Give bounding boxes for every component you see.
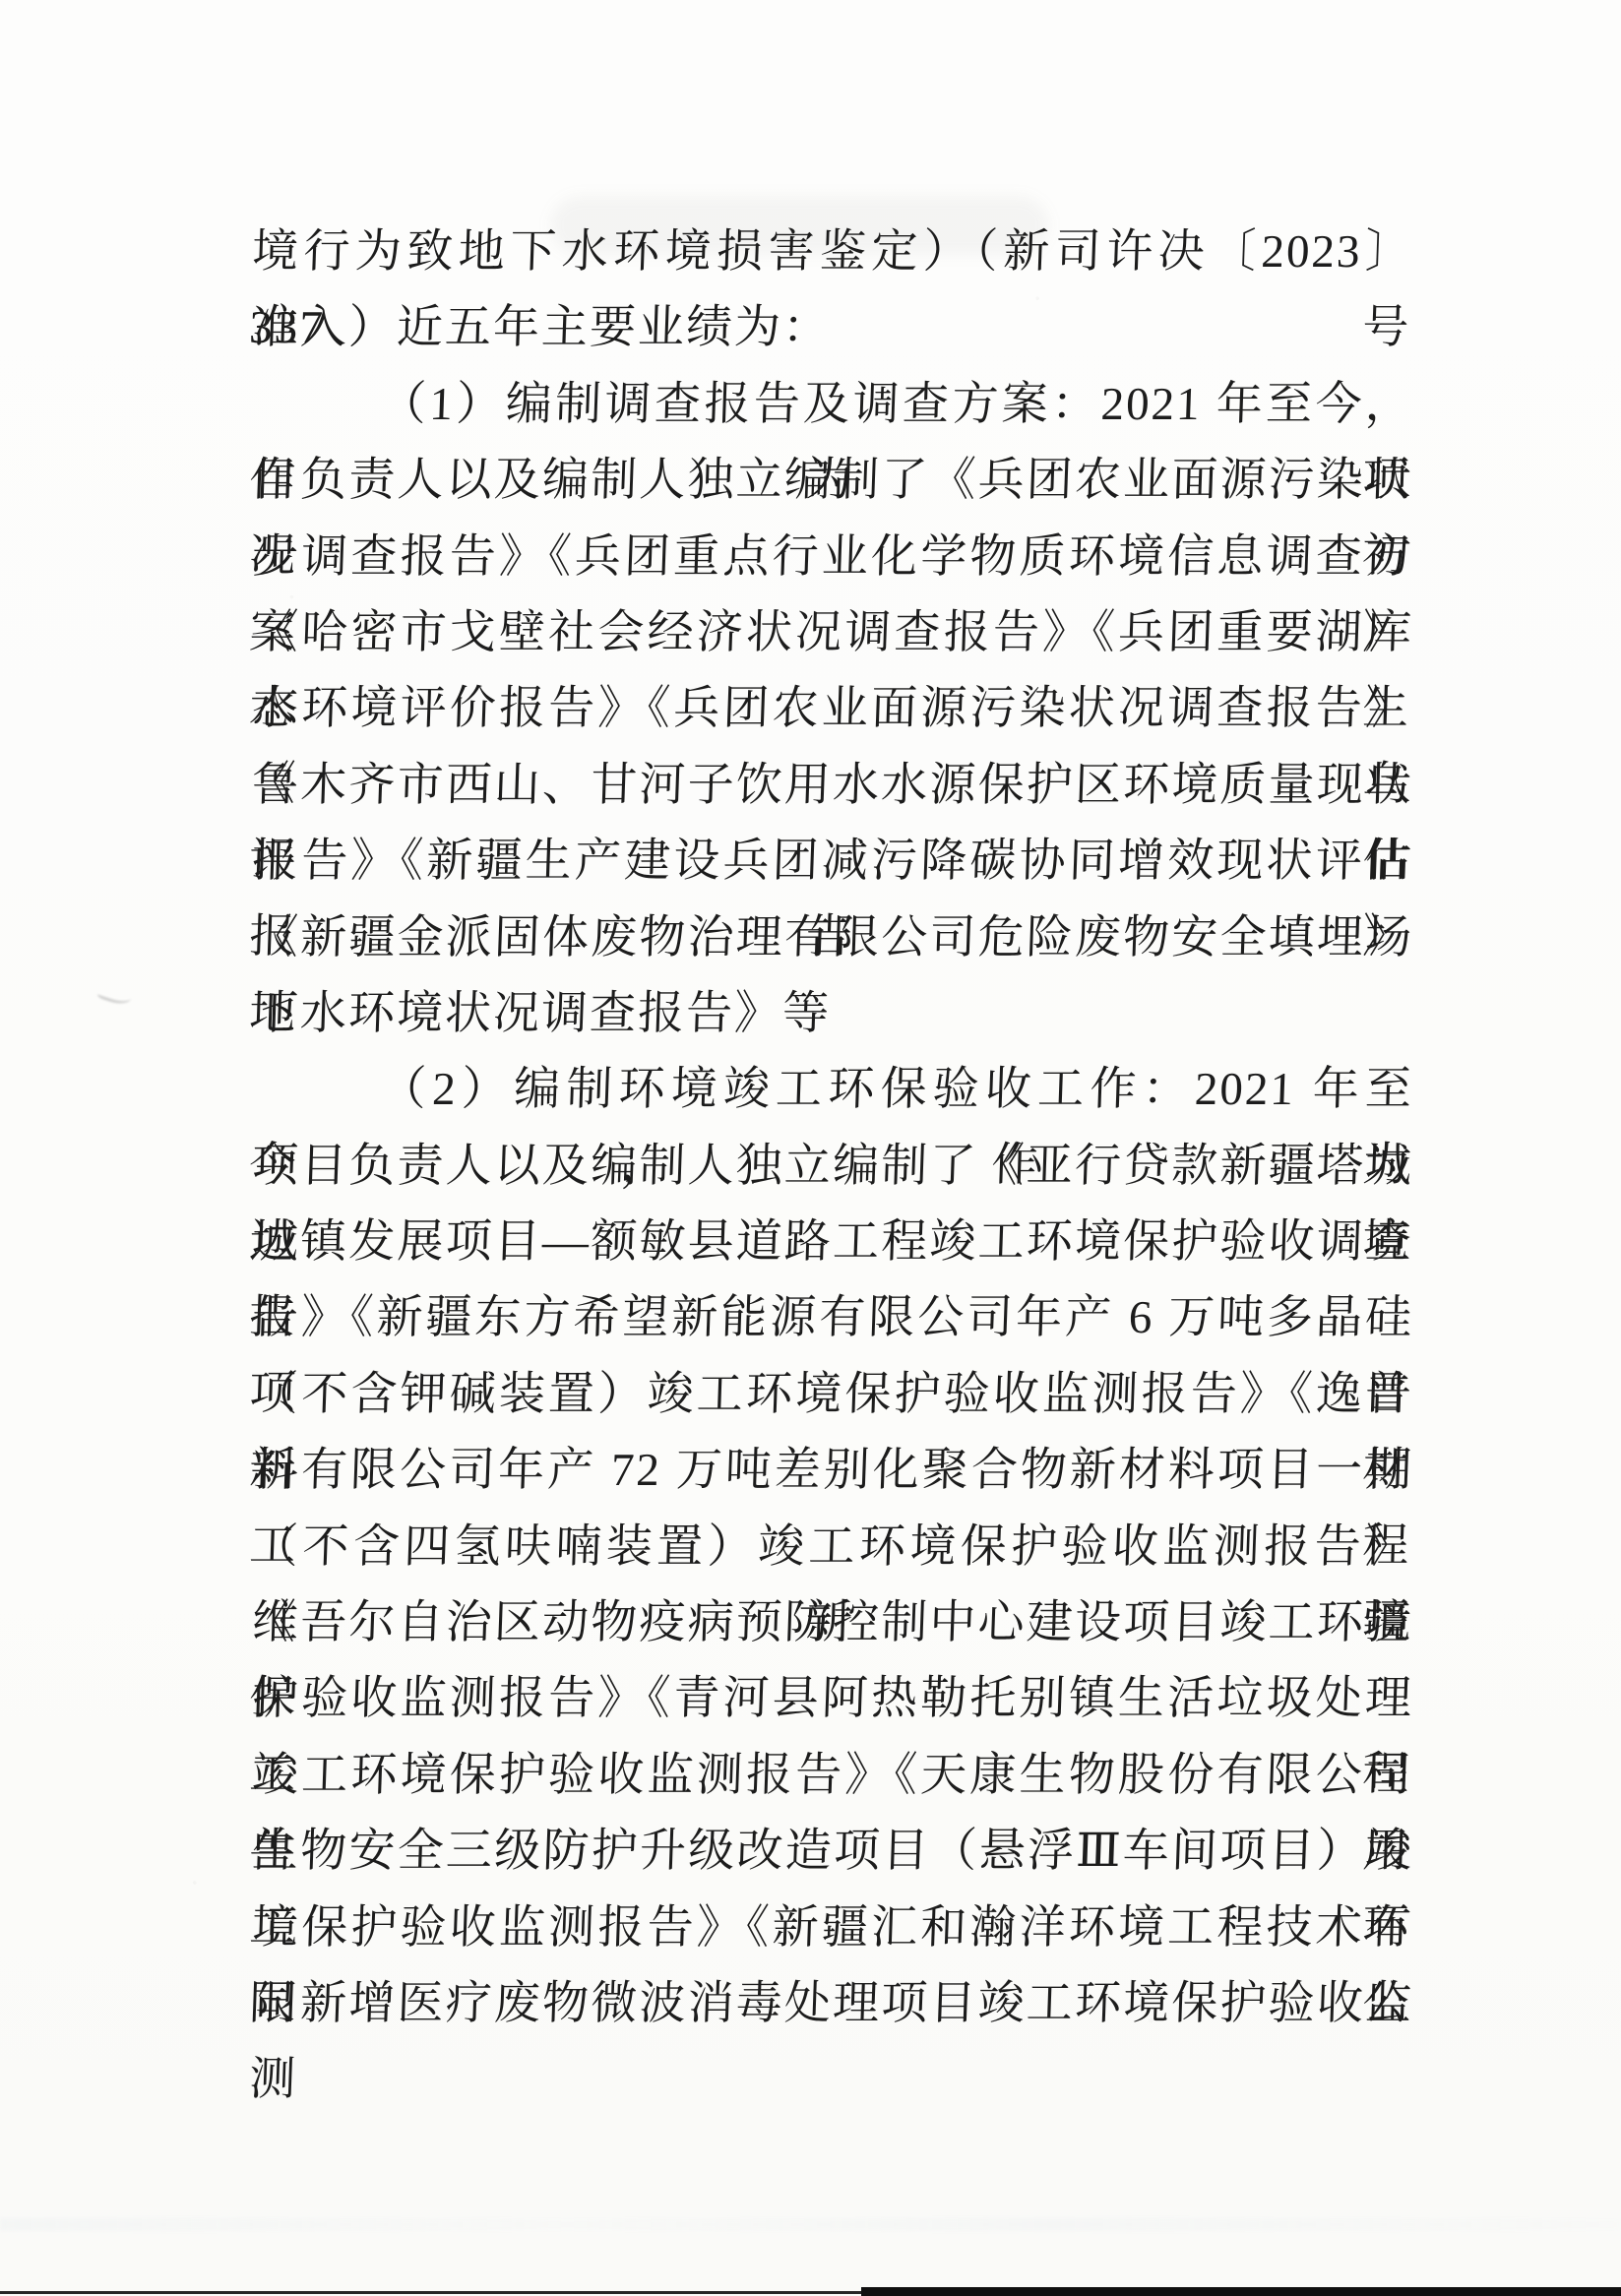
text-line: 护验收监测报告》《青河县阿热勒托别镇生活垃圾处理工程	[251, 1661, 1415, 1737]
bottom-thick-bar	[861, 2287, 1621, 2296]
scanner-streak	[0, 2218, 1621, 2231]
text-line: 告》《新疆东方希望新能源有限公司年产 6 万吨多晶硅项目	[251, 1280, 1415, 1356]
text-line: 鲁木齐市西山、甘河子饮用水水源保护区环境质量现状评估	[251, 748, 1415, 824]
text-line: 境保护验收监测报告》《新疆汇和瀚洋环境工程技术有限公	[251, 1891, 1415, 1966]
bottom-thin-rule	[0, 2291, 864, 2294]
text-line: 司新增医疗废物微波消毒处理项目竣工环境保护验收监测	[251, 1966, 1415, 2042]
text-line: 项目负责人以及编制人独立编制了《亚行贷款新疆塔城边境	[251, 1129, 1415, 1205]
text-line: （不含四氢呋喃装置）竣工环境保护验收监测报告》《新疆	[251, 1510, 1415, 1585]
text-line: 《新疆金派固体废物治理有限公司危险废物安全填埋场地	[251, 900, 1415, 976]
text-line: （不含钾碱装置）竣工环境保护验收监测报告》《逸普新材	[251, 1357, 1415, 1433]
text-line: 目负责人以及编制人独立编制了《兵团农业面源污染状况初	[251, 443, 1415, 519]
scan-margin-mark	[96, 981, 134, 1008]
text-line: 准入）近五年主要业绩为：	[251, 290, 1415, 366]
text-line: （2）编制环境竣工环保验收工作：2021 年至今，作为	[251, 1052, 1415, 1128]
text-line: 城镇发展项目—额敏县道路工程竣工环境保护验收调查报	[251, 1205, 1415, 1280]
text-line: 《哈密市戈壁社会经济状况调查报告》《兵团重要湖库水生	[251, 595, 1415, 671]
text-line: 步调查报告》《兵团重点行业化学物质环境信息调查方案》	[251, 520, 1415, 595]
document-text-block: 境行为致地下水环境损害鉴定）（新司许决〔2023〕337 号准入）近五年主要业绩…	[252, 215, 1413, 2042]
text-line: 报告》《新疆生产建设兵团减污降碳协同增效现状评估报告》	[251, 824, 1415, 900]
text-line: 维吾尔自治区动物疫病预防控制中心建设项目竣工环境保	[251, 1585, 1415, 1661]
text-line: 竣工环境保护验收监测报告》《天康生物股份有限公司兽用	[251, 1738, 1415, 1814]
scanned-document-page: 境行为致地下水环境损害鉴定）（新司许决〔2023〕337 号准入）近五年主要业绩…	[0, 0, 1621, 2296]
text-line: 生物安全三级防护升级改造项目（悬浮Ⅲ车间项目）竣工环	[251, 1814, 1415, 1890]
text-line: 料有限公司年产 72 万吨差别化聚合物新材料项目一期工程	[251, 1433, 1415, 1509]
text-line: 态环境评价报告》《兵团农业面源污染状况调查报告》《乌	[251, 671, 1415, 747]
text-line: （1）编制调查报告及调查方案：2021 年至今，作为项	[251, 367, 1415, 443]
text-line: 下水环境状况调查报告》等	[251, 976, 1415, 1052]
text-line: 境行为致地下水环境损害鉴定）（新司许决〔2023〕337 号	[251, 215, 1415, 290]
